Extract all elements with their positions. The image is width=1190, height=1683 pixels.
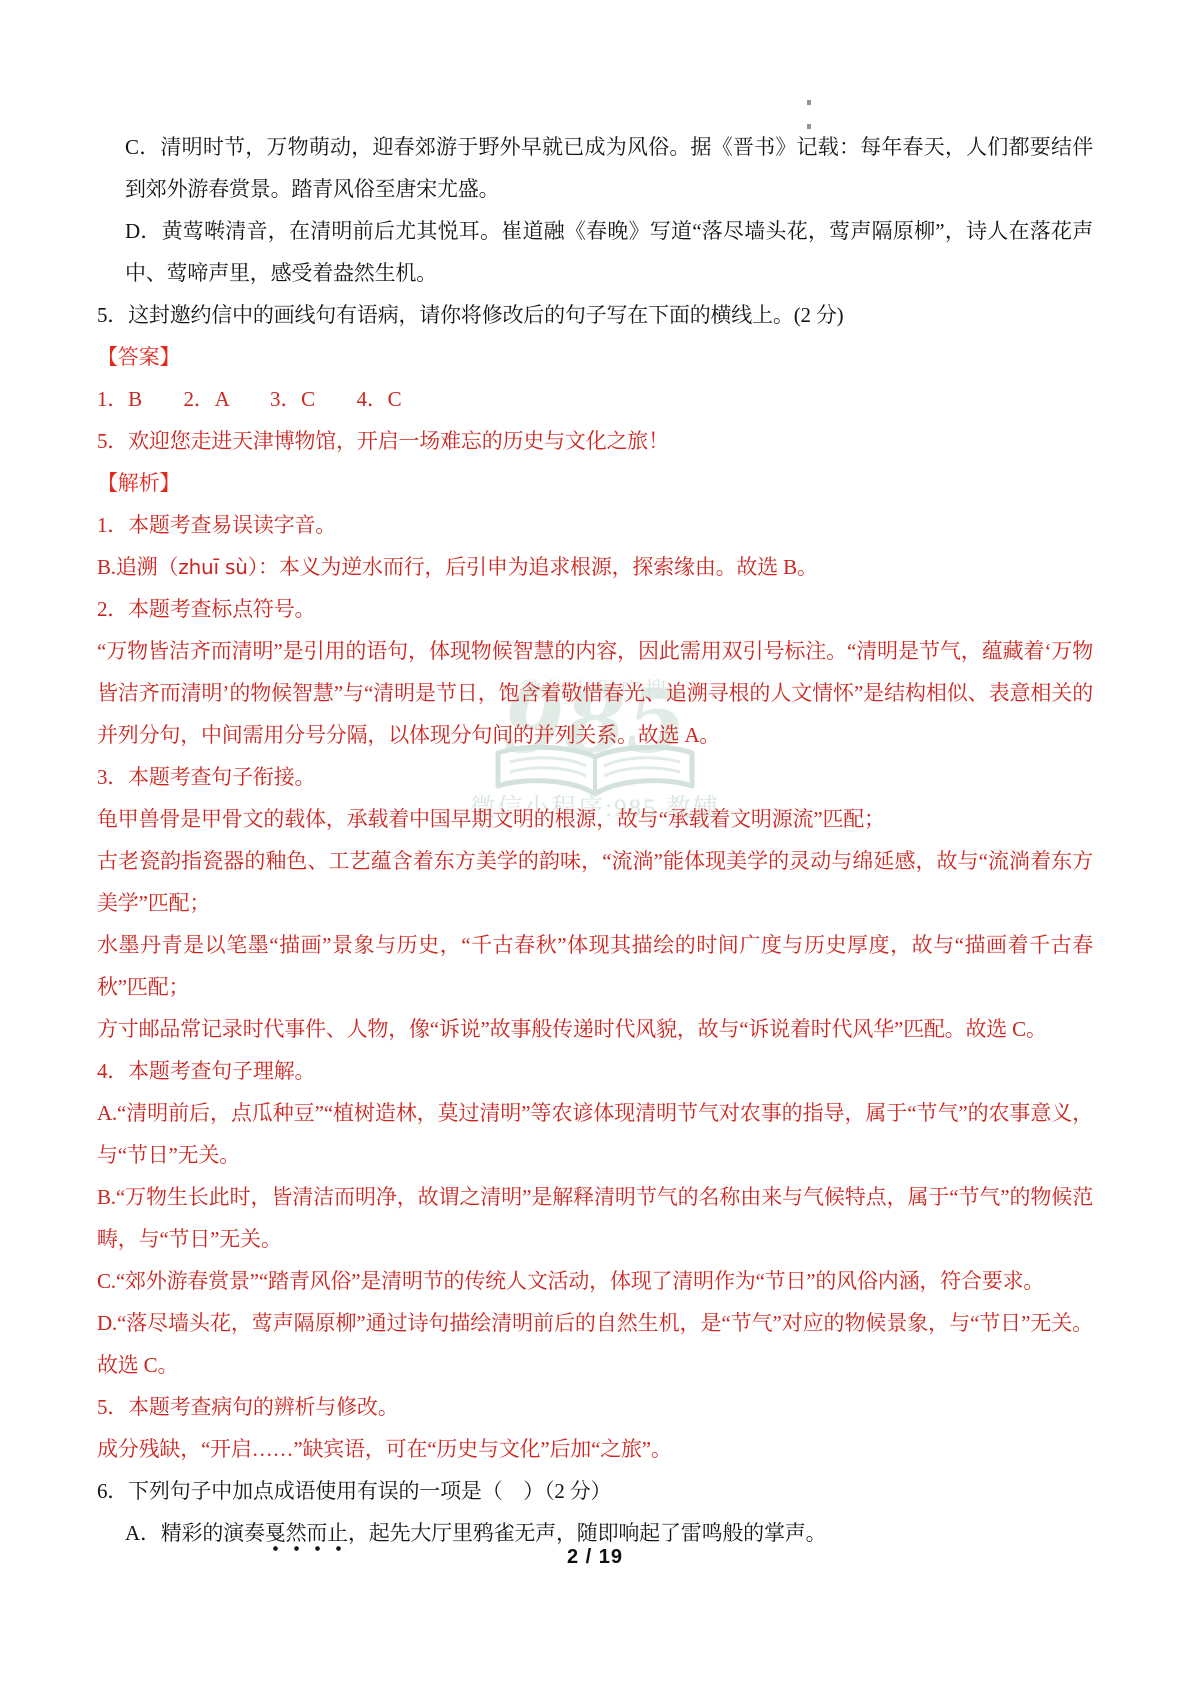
analysis-4-b: B.“万物生长此时，皆清洁而明净，故谓之清明”是解释清明节气的名称由来与气候特点… — [97, 1176, 1093, 1260]
analysis-3-c: 水墨丹青是以笔墨“描画”景象与历史，“千古春秋”体现其描绘的时间广度与历史厚度，… — [97, 924, 1093, 1008]
analysis-3-a: 龟甲兽骨是甲骨文的载体，承载着中国早期文明的根源，故与“承载着文明源流”匹配； — [97, 798, 1093, 840]
analysis-4-a: A.“清明前后，点瓜种豆”“植树造林，莫过清明”等农谚体现清明节气对农事的指导，… — [97, 1092, 1093, 1176]
analysis-4-d: D.“落尽墙头花，莺声隔原柳”通过诗句描绘清明前后的自然生机，是“节气”对应的物… — [97, 1302, 1093, 1386]
analysis-2-detail: “万物皆洁齐而清明”是引用的语句，体现物候智慧的内容，因此需用双引号标注。“清明… — [97, 630, 1093, 756]
scan-artifact-dot — [807, 100, 811, 105]
analysis-5: 5．本题考查病句的辨析与修改。 — [97, 1386, 1093, 1428]
analysis-5-detail: 成分残缺，“开启……”缺宾语，可在“历史与文化”后加“之旅”。 — [97, 1428, 1093, 1470]
answer-label: 【答案】 — [97, 336, 1093, 378]
option-d-q4: D．黄莺啭清音，在清明前后尤其悦耳。崔道融《春晚》写道“落尽墙头花，莺声隔原柳”… — [125, 210, 1093, 294]
analysis-3-d: 方寸邮品常记录时代事件、人物，像“诉说”故事般传递时代风貌，故与“诉说着时代风华… — [97, 1008, 1093, 1050]
analysis-3-b: 古老瓷韵指瓷器的釉色、工艺蕴含着东方美学的韵味，“流淌”能体现美学的灵动与绵延感… — [97, 840, 1093, 924]
exam-answer-page: 微信小程序搜 985 微信小程序:985 教辅 C．清明时节，万物萌动，迎春郊游… — [0, 0, 1190, 1683]
page-number: 2 / 19 — [0, 1546, 1190, 1569]
answer-5: 5．欢迎您走进天津博物馆，开启一场难忘的历史与文化之旅！ — [97, 420, 1093, 462]
scan-artifact-dot — [807, 124, 811, 129]
answers-1-4: 1．B 2．A 3．C 4．C — [97, 378, 1093, 420]
analysis-1-detail: B.追溯（zhuī sù）：本义为逆水而行，后引申为追求根源，探索缘由。故选 B… — [97, 546, 1093, 588]
question-5: 5．这封邀约信中的画线句有语病，请你将修改后的句子写在下面的横线上。(2 分) — [97, 294, 1093, 336]
pinyin-text: zhuī sù — [178, 555, 247, 579]
analysis-4-c: C.“郊外游春赏景”“踏青风俗”是清明节的传统人文活动，体现了清明作为“节日”的… — [97, 1260, 1093, 1302]
analysis-4: 4．本题考查句子理解。 — [97, 1050, 1093, 1092]
analysis-2: 2．本题考查标点符号。 — [97, 588, 1093, 630]
option-c-q4: C．清明时节，万物萌动，迎春郊游于野外早就已成为风俗。据《晋书》记载：每年春天，… — [125, 126, 1093, 210]
question-6: 6．下列句子中加点成语使用有误的一项是（ ）（2 分） — [97, 1470, 1093, 1512]
document-text: C．清明时节，万物萌动，迎春郊游于野外早就已成为风俗。据《晋书》记载：每年春天，… — [97, 126, 1093, 1554]
analysis-1: 1．本题考查易误读字音。 — [97, 504, 1093, 546]
analysis-3: 3．本题考查句子衔接。 — [97, 756, 1093, 798]
analysis-label: 【解析】 — [97, 462, 1093, 504]
